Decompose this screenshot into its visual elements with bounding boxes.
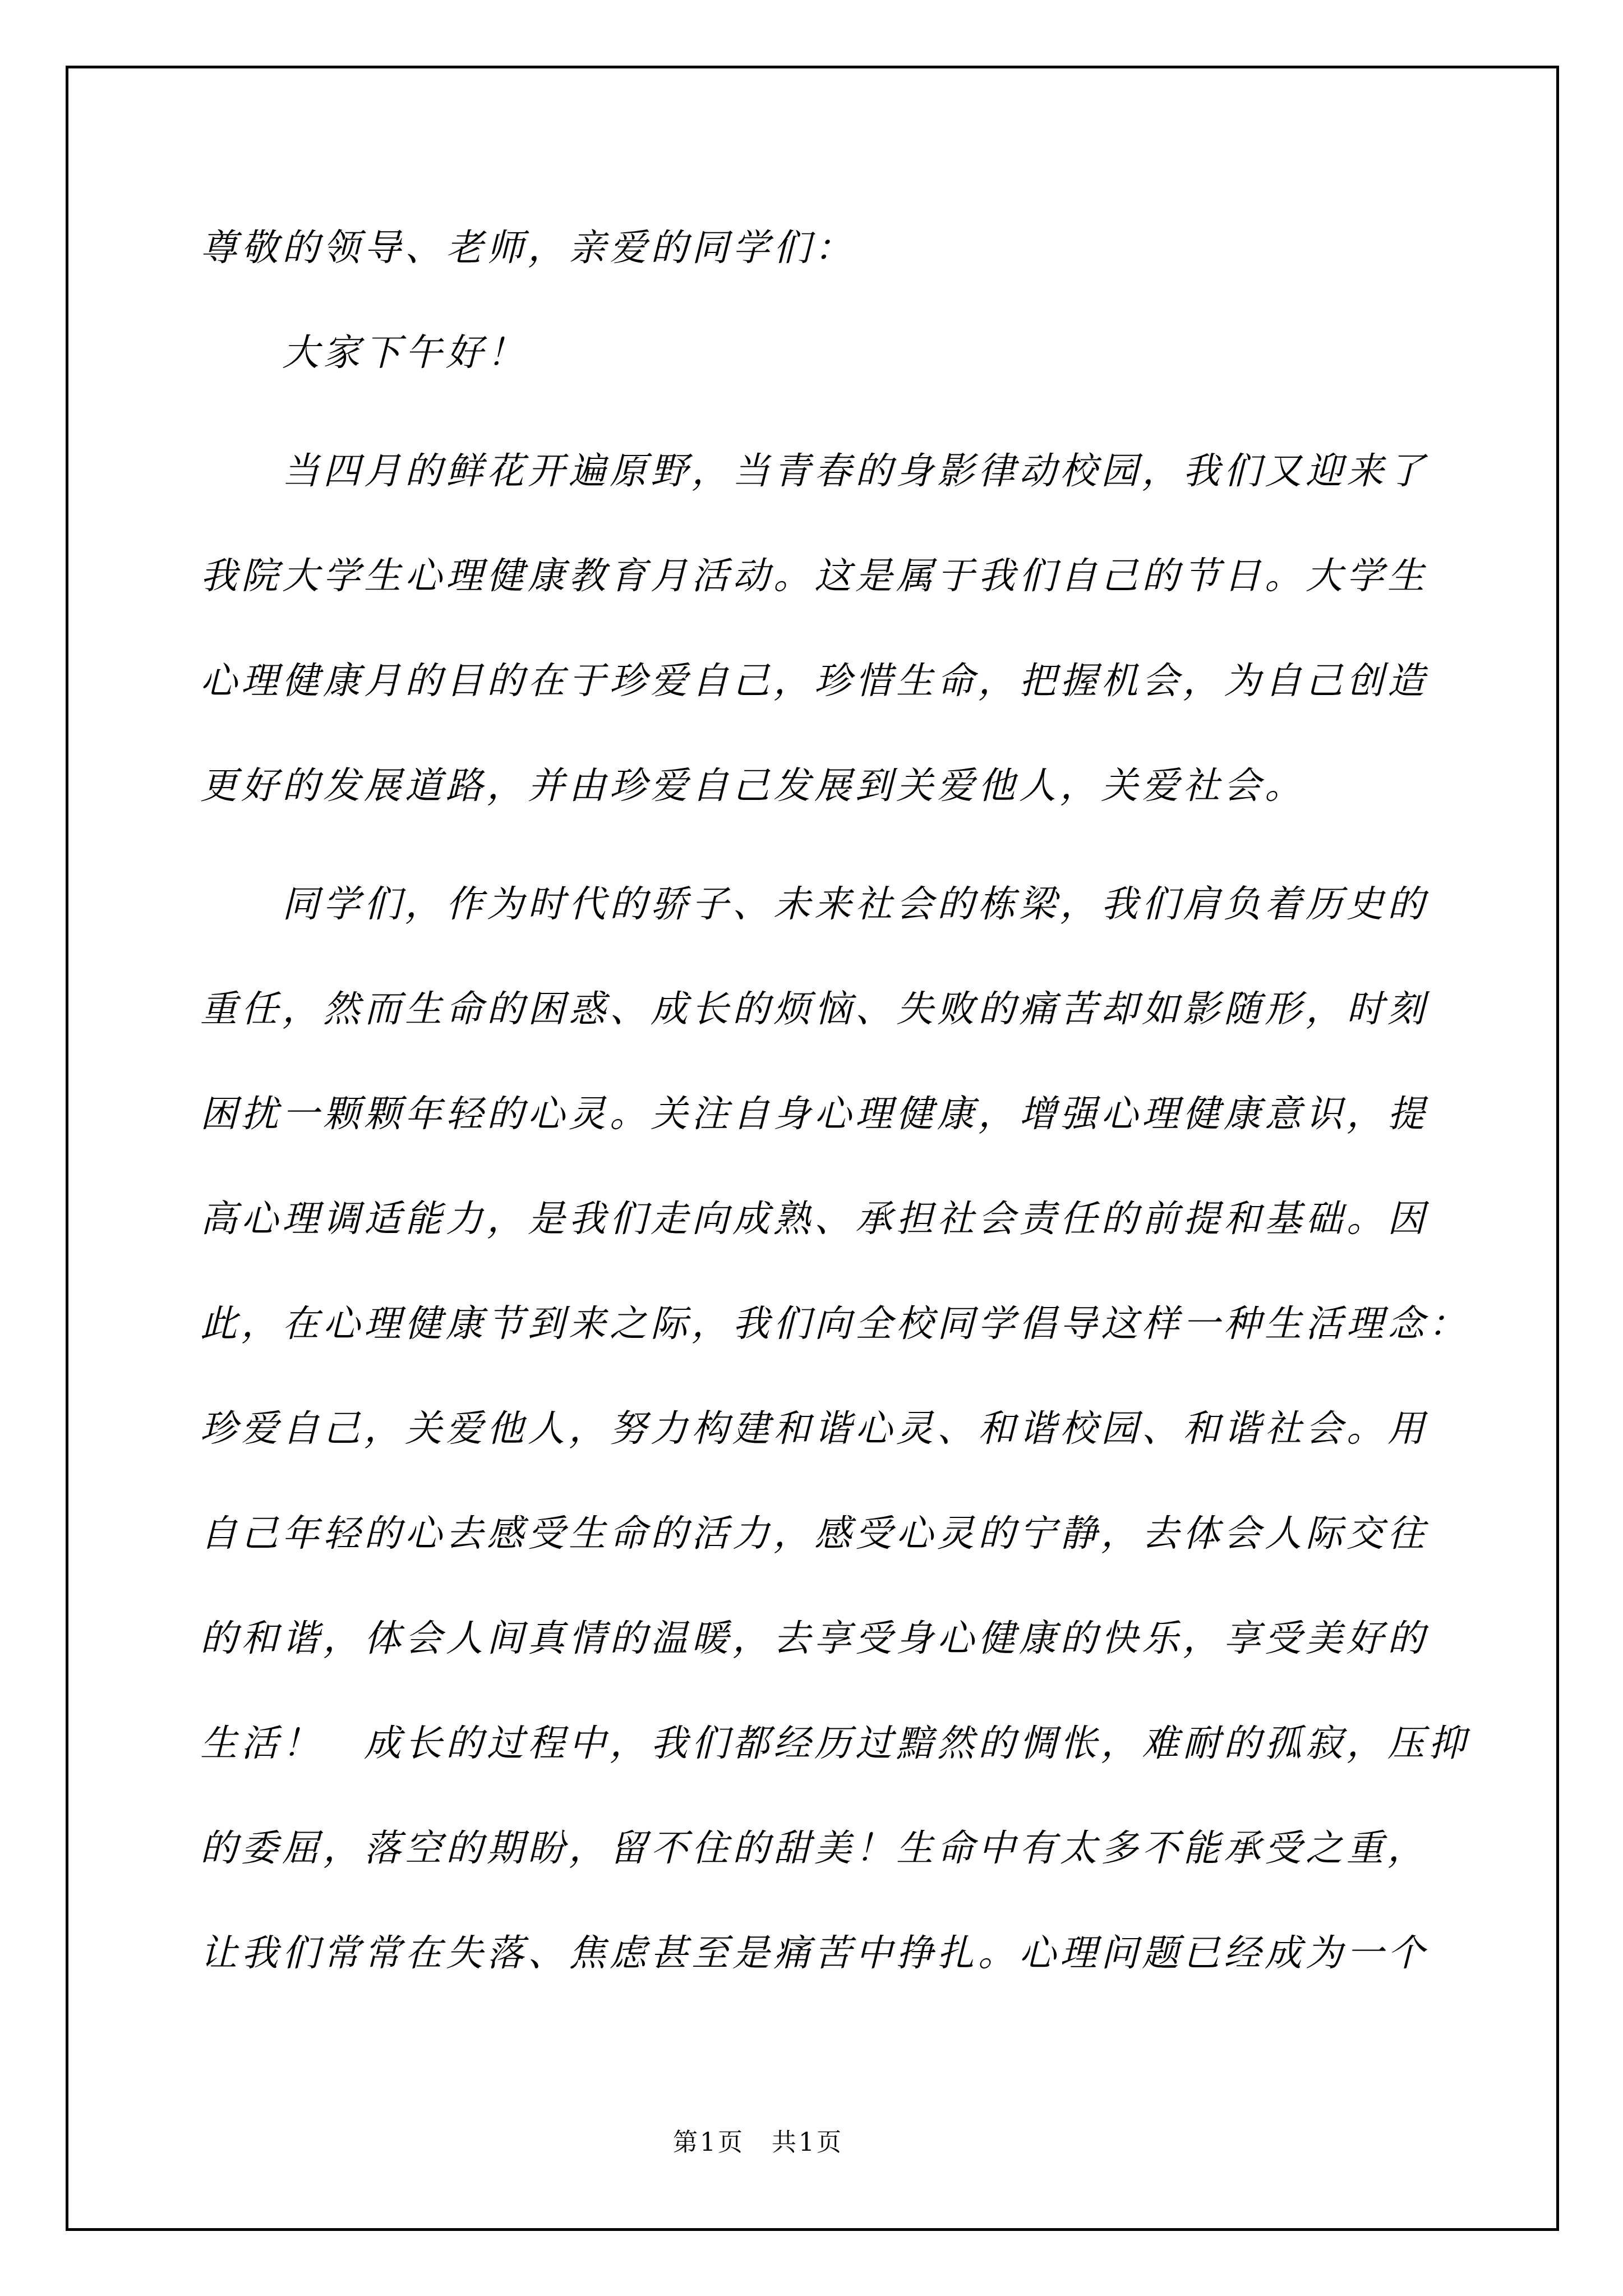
text-line: 困扰一颗颗年轻的心灵。关注自身心理健康，增强心理健康意识，提 [200,1061,1440,1166]
document-page: 尊敬的领导、老师，亲爱的同学们：大家下午好！当四月的鲜花开遍原野，当青春的身影律… [0,0,1623,2296]
text-line: 当四月的鲜花开遍原野，当青春的身影律动校园，我们又迎来了 [200,418,1440,523]
text-line: 重任，然而生命的困惑、成长的烦恼、失败的痛苦却如影随形，时刻 [200,956,1440,1061]
text-line: 更好的发展道路，并由珍爱自己发展到关爱他人，关爱社会。 [200,733,1440,838]
text-line: 同学们，作为时代的骄子、未来社会的栋梁，我们肩负着历史的 [200,852,1440,956]
text-line: 心理健康月的目的在于珍爱自己，珍惜生命，把握机会，为自己创造 [200,628,1440,733]
text-line: 自己年轻的心去感受生命的活力，感受心灵的宁静，去体会人际交往 [200,1481,1440,1586]
text-line: 尊敬的领导、老师，亲爱的同学们： [200,195,1440,300]
document-body: 尊敬的领导、老师，亲爱的同学们：大家下午好！当四月的鲜花开遍原野，当青春的身影律… [200,195,1440,2005]
text-line: 生活！ 成长的过程中，我们都经历过黯然的惆怅，难耐的孤寂，压抑 [200,1691,1440,1796]
text-line: 的和谐，体会人间真情的温暖，去享受身心健康的快乐，享受美好的 [200,1586,1440,1691]
text-line: 珍爱自己，关爱他人，努力构建和谐心灵、和谐校园、和谐社会。用 [200,1376,1440,1481]
text-line: 大家下午好！ [200,300,1440,405]
text-line: 让我们常常在失落、焦虑甚至是痛苦中挣扎。心理问题已经成为一个 [200,1901,1440,2005]
text-line: 此，在心理健康节到来之际，我们向全校同学倡导这样一种生活理念： [200,1271,1440,1376]
text-line: 高心理调适能力，是我们走向成熟、承担社会责任的前提和基础。因 [200,1166,1440,1271]
text-line: 我院大学生心理健康教育月活动。这是属于我们自己的节日。大学生 [200,523,1440,628]
page-footer: 第1页 共1页 [0,2126,1516,2160]
text-line: 的委屈，落空的期盼，留不住的甜美！生命中有太多不能承受之重， [200,1796,1440,1901]
